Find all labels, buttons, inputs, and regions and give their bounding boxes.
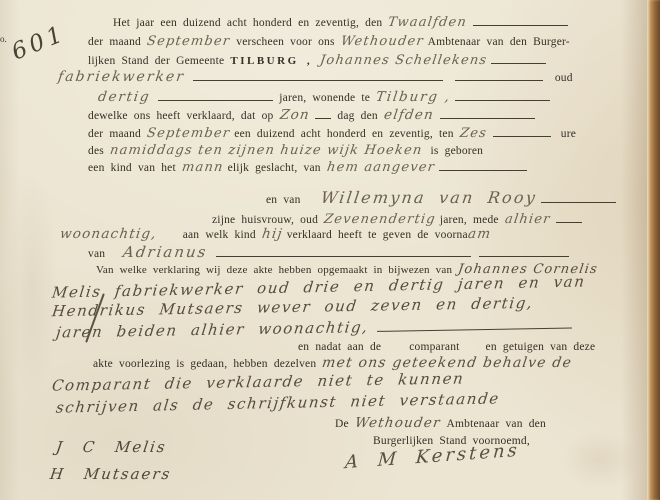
- blank-rule: [455, 77, 543, 81]
- printed-text-bold: TILBURG ,: [230, 55, 312, 67]
- printed-text: der maand: [88, 128, 147, 140]
- printed-text: lijken Stand der Gemeente: [88, 55, 230, 67]
- signature-witness-mutsaers: H Mutsaers: [50, 467, 171, 484]
- gap: [460, 349, 486, 350]
- blank-rule: [193, 77, 443, 81]
- line-witness-residence: jaren beiden alhier woonachtig,: [56, 317, 572, 343]
- line-year-day: Het jaar een duizend acht honderd en zev…: [113, 15, 568, 31]
- gap: [543, 80, 555, 81]
- printed-text: Van welke verklaring wij deze akte hebbe…: [96, 264, 458, 276]
- blank-rule: [315, 115, 331, 119]
- signature-official: A M Kerstens: [345, 443, 521, 473]
- printed-text: van: [88, 248, 105, 260]
- paper-stain: [560, 430, 640, 490]
- gap: [443, 80, 455, 81]
- gap: [185, 80, 193, 81]
- blank-rule: [158, 97, 273, 101]
- handwritten-text: Wethouder: [354, 416, 442, 431]
- handwritten-text: Zes: [459, 126, 488, 141]
- blank-rule: [216, 253, 471, 257]
- handwritten-text: Adrianus: [122, 245, 208, 260]
- handwritten-text: namiddags ten zijnen huize wijk Hoeken: [109, 143, 424, 158]
- printed-text: akte voorlezing is gedaan, hebben dezelv…: [93, 358, 322, 370]
- printed-text: en van: [266, 194, 307, 206]
- printed-text: jaren, mede: [440, 214, 505, 226]
- handwritten-text: Zon: [279, 108, 311, 123]
- printed-text: dewelke ons heeft verklaard, dat op: [88, 110, 280, 122]
- line-birth-day: dewelke ons heeft verklaard, dat op Zond…: [88, 108, 535, 124]
- printed-text: aan welk kind: [183, 229, 262, 241]
- handwritten-text: Willemyna van Rooy: [320, 190, 538, 205]
- blank-rule: [493, 133, 551, 137]
- blank-rule: [556, 219, 582, 223]
- line-month-official: der maand Septemberverscheen voor ons We…: [88, 34, 570, 50]
- printed-text: een kind van het: [88, 162, 182, 174]
- printed-text: der maand: [88, 36, 147, 48]
- line-closing-title: De WethouderAmbtenaar van den: [335, 416, 546, 432]
- handwritten-text: Zevenendertig: [323, 212, 437, 227]
- handwritten-text: hem aangever: [326, 160, 436, 175]
- handwritten-text: mann: [181, 160, 225, 175]
- handwritten-text: Wethouder: [340, 34, 425, 49]
- line-child-sex: een kind van het mannelijk geslacht, van…: [88, 160, 527, 176]
- handwritten-text: schrijven als de schrijfkunst niet verst…: [55, 391, 501, 415]
- scanned-birth-register-page: o. 601 Het jaar een duizend acht honderd…: [0, 0, 660, 500]
- handwritten-text: am: [467, 227, 492, 242]
- printed-text: De: [335, 418, 355, 430]
- blank-rule: [440, 115, 535, 119]
- blank-rule: [377, 325, 572, 332]
- blank-rule: [455, 97, 550, 101]
- signature-witness-melis: J C Melis: [56, 440, 167, 457]
- printed-text: Ambtenaar van den: [446, 418, 545, 430]
- line-reading-2: akte voorlezing is gedaan, hebben dezelv…: [93, 356, 572, 372]
- handwritten-text: A M Kerstens: [345, 443, 521, 470]
- printed-text: verscheen voor ons: [236, 36, 340, 48]
- act-number-label: o.: [0, 34, 7, 44]
- blank-rule: [491, 60, 546, 64]
- printed-text: ure: [561, 128, 576, 140]
- printed-text: zijne huisvrouw, oud: [212, 214, 324, 226]
- handwritten-text: elfden: [383, 108, 435, 123]
- gap: [150, 100, 158, 101]
- handwritten-text: Twaalfden: [387, 15, 468, 30]
- line-cannot-sign-2: schrijven als de schrijfkunst niet verst…: [56, 391, 500, 417]
- printed-text: Het jaar een duizend acht honderd en zev…: [113, 17, 388, 29]
- printed-text: Ambtenaar van den Burger-: [428, 36, 570, 48]
- printed-text: elijk geslacht, van: [228, 162, 327, 174]
- printed-text: des: [88, 145, 110, 157]
- line-mother-name: en van Willemyna van Rooy: [266, 190, 616, 208]
- blank-rule: [473, 22, 568, 26]
- printed-text: jaren, wonende te: [279, 92, 376, 104]
- handwritten-text: hij: [261, 227, 284, 242]
- line-child-name: vanAdrianus: [88, 245, 569, 262]
- printed-text: verklaard heeft te geven de voorna: [287, 229, 468, 241]
- gap: [551, 136, 561, 137]
- gap: [105, 256, 123, 257]
- line-reading-1: en nadat aan decomparanten getuigen van …: [298, 340, 595, 355]
- gap: [471, 256, 479, 257]
- gap: [381, 349, 409, 350]
- handwritten-text: fabriekwerker: [57, 70, 186, 85]
- printed-text: en nadat aan de: [298, 341, 381, 353]
- printed-text: en getuigen van deze: [486, 341, 596, 353]
- gap: [157, 237, 183, 238]
- handwritten-text: Johannes Schellekens: [319, 53, 488, 68]
- handwritten-text: J C Melis: [55, 440, 168, 455]
- line-birth-month-hour: der maand Septembereen duizend acht hond…: [88, 126, 576, 142]
- handwritten-text: woonachtig,: [59, 227, 158, 242]
- handwritten-text: Comparant die verklaarde niet te kunnen: [51, 371, 465, 393]
- blank-rule: [439, 167, 527, 171]
- gap: [369, 331, 377, 332]
- act-number-handwritten: 601: [8, 20, 70, 65]
- blank-rule: [541, 199, 616, 203]
- gap: [208, 256, 216, 257]
- handwritten-text: Tilburg ,: [375, 90, 452, 105]
- handwritten-text: jaren beiden alhier woonachtig,: [55, 320, 369, 340]
- handwritten-text: September: [146, 34, 231, 49]
- printed-text: is geboren: [430, 145, 483, 157]
- act-number: o. 601: [0, 30, 67, 56]
- printed-text: comparant: [409, 341, 459, 353]
- blank-rule: [479, 253, 569, 257]
- book-page-edge: [647, 0, 660, 500]
- line-occupation: fabriekwerkeroud: [58, 70, 573, 86]
- printed-text: oud: [555, 72, 573, 84]
- paper-stain: [4, 170, 59, 400]
- handwritten-text: dertig: [97, 90, 151, 105]
- handwritten-text: alhier: [504, 212, 552, 227]
- printed-text: een duizend acht honderd en zeventig, te…: [234, 128, 459, 140]
- line-age-residence: dertigjaren, wonende te Tilburg ,: [98, 90, 550, 106]
- gap: [307, 202, 321, 203]
- line-birth-place: des namiddags ten zijnen huize wijk Hoek…: [88, 143, 483, 159]
- line-gemeente-declarant: lijken Stand der Gemeente TILBURG ,Johan…: [88, 53, 546, 69]
- handwritten-text: H Mutsaers: [49, 467, 172, 482]
- line-firstname-intro: woonachtig,aan welk kind hijverklaard he…: [60, 227, 491, 243]
- printed-text: dag den: [337, 110, 384, 122]
- handwritten-text: September: [146, 126, 231, 141]
